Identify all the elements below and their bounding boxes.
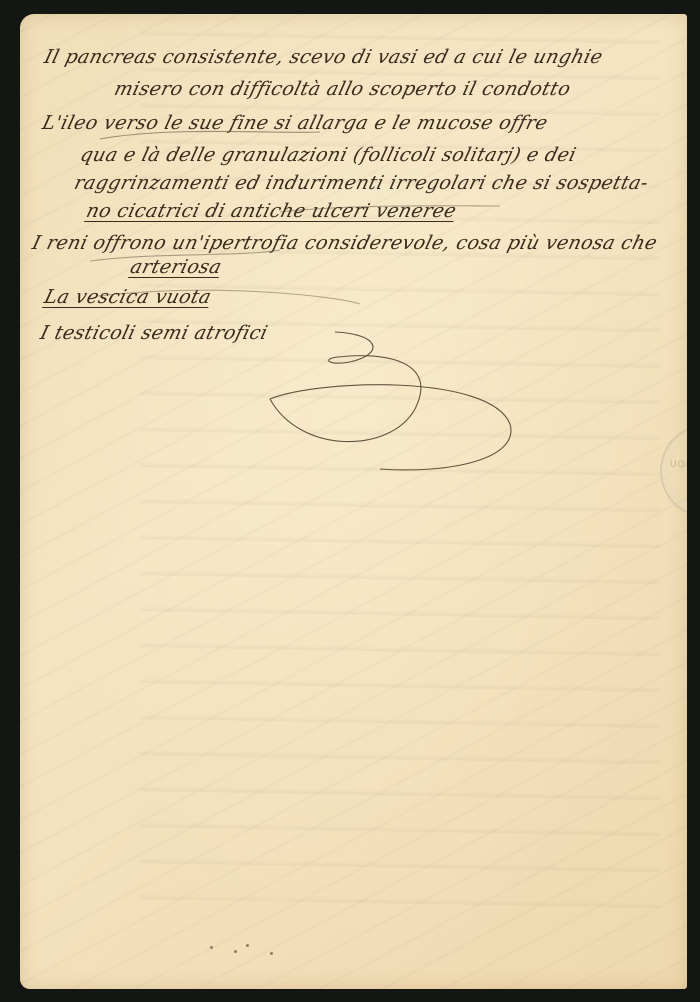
text-line-6: no cicatrici di antiche ulceri veneree <box>84 200 459 222</box>
stamp-text: UOLA <box>670 460 687 470</box>
manuscript-page: Il pancreas consistente, scevo di vasi e… <box>20 14 687 989</box>
embossed-stamp: UOLA <box>660 424 687 518</box>
text-line-7: I reni offrono un'ipertrofia considerevo… <box>30 232 660 254</box>
text-line-9: La vescica vuota <box>42 286 214 308</box>
text-line-10: I testicoli semi atrofici <box>38 322 270 344</box>
text-line-3: L'ileo verso le sue fine si allarga e le… <box>40 112 550 134</box>
scanned-page-background: Il pancreas consistente, scevo di vasi e… <box>0 0 700 1002</box>
text-line-8: arteriosa <box>128 256 224 278</box>
text-line-4: qua e là delle granulazioni (follicoli s… <box>78 144 579 166</box>
text-line-1: Il pancreas consistente, scevo di vasi e… <box>42 46 605 68</box>
text-line-2: misero con difficoltà allo scoperto il c… <box>112 78 573 100</box>
text-line-5: raggrinzamenti ed indurimenti irregolari… <box>72 172 651 194</box>
